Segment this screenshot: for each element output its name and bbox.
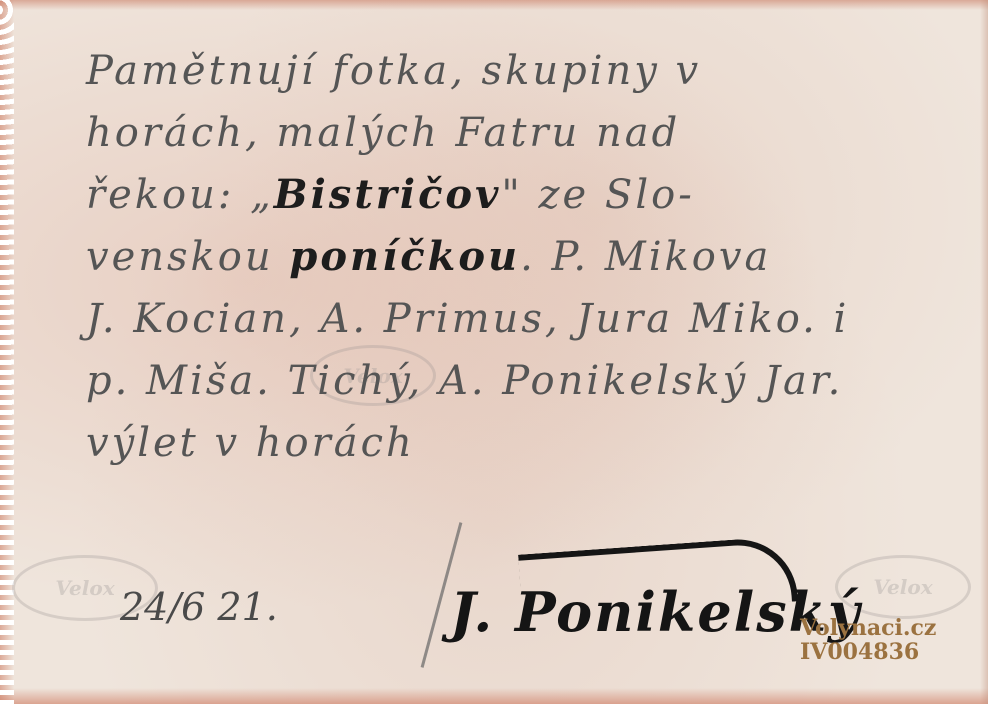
line-text: . P. Mikova <box>520 234 771 280</box>
deckled-edge-top <box>0 0 988 10</box>
line-text: " ze Slo- <box>501 172 694 218</box>
watermark: Volynaci.cz IV004836 <box>800 616 936 664</box>
ink-text: Bistričov <box>274 171 502 218</box>
stamp-label: Velox <box>55 576 114 600</box>
stamp-label: Velox <box>873 575 932 599</box>
handwritten-text: Pamětnují fotka, skupiny v horách, malýc… <box>86 40 976 474</box>
line-text: venskou <box>86 234 289 280</box>
deckled-edge-left <box>0 0 14 704</box>
handwritten-line: horách, malých Fatru nad <box>86 102 976 164</box>
deckled-edge-bottom <box>0 688 988 704</box>
watermark-id: IV004836 <box>800 640 936 664</box>
ink-text: poníčkou <box>289 233 520 280</box>
handwritten-line: J. Kocian, A. Primus, Jura Miko. i <box>86 288 976 350</box>
handwritten-line: p. Miša. Tichý, A. Ponikelský Jar. <box>86 350 976 412</box>
postcard-back: Velox Velox Velox Pamětnují fotka, skupi… <box>0 0 988 704</box>
line-text: řekou: „ <box>86 172 274 218</box>
watermark-site: Volynaci.cz <box>800 616 936 640</box>
handwritten-line: Pamětnují fotka, skupiny v <box>86 40 976 102</box>
handwritten-date: 24/6 21. <box>120 585 278 629</box>
handwritten-line: řekou: „Bistričov" ze Slo- <box>86 164 976 226</box>
handwritten-line: výlet v horách <box>86 412 976 474</box>
handwritten-line: venskou poníčkou. P. Mikova <box>86 226 976 288</box>
deckled-edge-right <box>980 0 988 704</box>
